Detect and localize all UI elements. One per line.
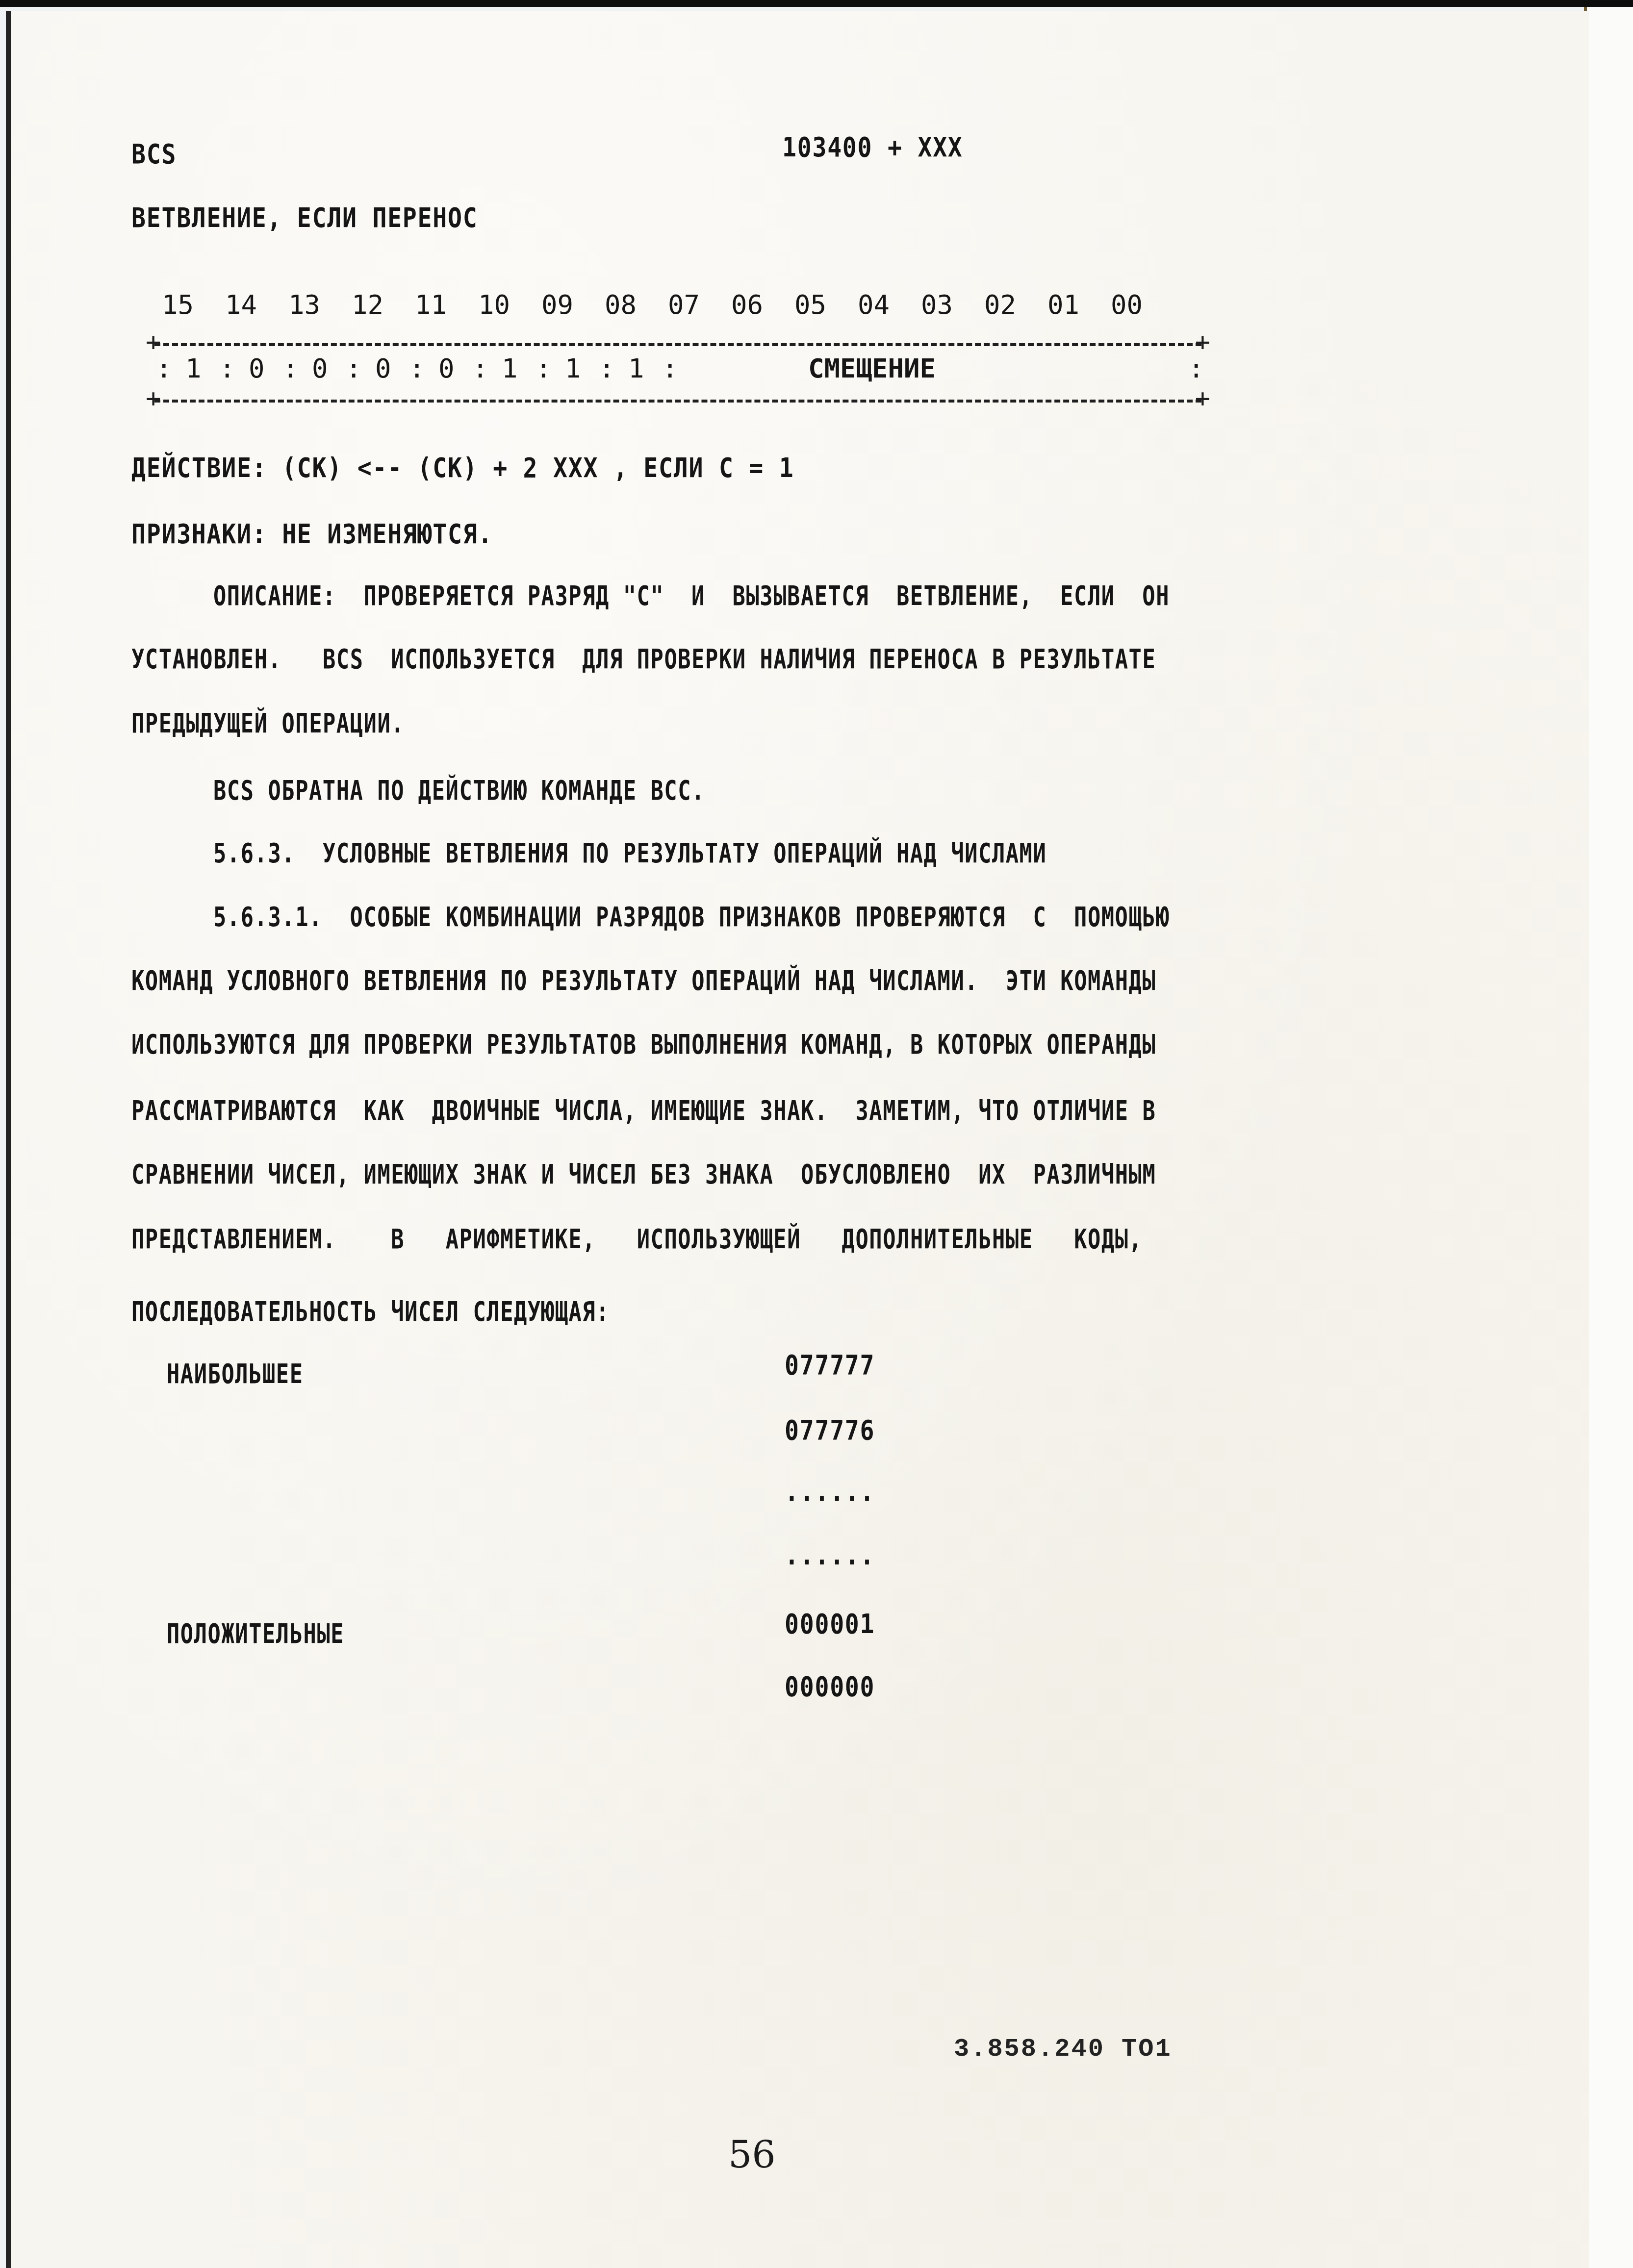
bit-number-03: 03: [921, 289, 953, 320]
bit-number-04: 04: [858, 289, 890, 320]
opcode-bit: 1: [185, 353, 202, 384]
sequence-value: ......: [785, 1539, 875, 1571]
instruction-opcode: 103400 + XXX: [782, 131, 963, 163]
bit-number-05: 05: [794, 289, 826, 320]
bit-number-14: 14: [225, 289, 257, 320]
format-top-rule: [154, 343, 1201, 346]
sequence-value: 000000: [785, 1671, 875, 1703]
bit-number-01: 01: [1047, 289, 1079, 320]
field-separator: :: [219, 353, 235, 384]
description-line: УСТАНОВЛЕН. BCS ИСПОЛЬЗУЕТСЯ ДЛЯ ПРОВЕРК…: [131, 643, 1156, 675]
bit-number-02: 02: [984, 289, 1016, 320]
field-separator: :: [536, 353, 552, 384]
scan-top-border: [0, 0, 1633, 7]
instruction-mnemonic: BCS: [131, 138, 177, 170]
field-separator: :: [472, 353, 488, 384]
bit-number-15: 15: [162, 289, 194, 320]
section-paragraph-line: СРАВНЕНИИ ЧИСЕЛ, ИМЕЮЩИХ ЗНАК И ЧИСЕЛ БЕ…: [131, 1159, 1156, 1190]
sequence-value: ......: [785, 1476, 875, 1508]
bit-number-09: 09: [541, 289, 573, 320]
opcode-bit: 1: [565, 353, 581, 384]
sequence-value: 077777: [785, 1349, 875, 1381]
description-line: ОПИСАНИЕ: ПРОВЕРЯЕТСЯ РАЗРЯД "С" И ВЫЗЫВ…: [213, 580, 1170, 612]
instruction-title: ВЕТВЛЕНИЕ, ЕСЛИ ПЕРЕНОС: [131, 202, 478, 234]
field-separator: :: [599, 353, 615, 384]
flags-text: ПРИЗНАКИ: НЕ ИЗМЕНЯЮТСЯ.: [131, 518, 493, 550]
opcode-bit: 0: [438, 353, 455, 384]
sequence-value: 077776: [785, 1414, 875, 1446]
section-paragraph-line: КОМАНД УСЛОВНОГО ВЕТВЛЕНИЯ ПО РЕЗУЛЬТАТУ…: [131, 965, 1156, 997]
inverse-note: BCS ОБРАТНА ПО ДЕЙСТВИЮ КОМАНДЕ BCC.: [213, 775, 705, 806]
bit-number-11: 11: [415, 289, 447, 320]
section-paragraph-line: ПРЕДСТАВЛЕНИЕМ. В АРИФМЕТИКЕ, ИСПОЛЬЗУЮЩ…: [131, 1223, 1142, 1255]
field-separator: :: [156, 353, 172, 384]
bit-number-row: 15141312111009080706050403020100: [162, 289, 1192, 319]
sequence-label: НАИБОЛЬШЕЕ: [167, 1358, 304, 1390]
section-heading: 5.6.3. УСЛОВНЫЕ ВЕТВЛЕНИЯ ПО РЕЗУЛЬТАТУ …: [213, 837, 1046, 869]
sequence-label: ПОЛОЖИТЕЛЬНЫЕ: [167, 1618, 344, 1650]
opcode-bit: 0: [312, 353, 328, 384]
action-text: ДЕЙСТВИЕ: (СК) <-- (СК) + 2 XXX , ЕСЛИ С…: [131, 452, 794, 484]
section-paragraph-line: РАССМАТРИВАЮТСЯ КАК ДВОИЧНЫЕ ЧИСЛА, ИМЕЮ…: [131, 1095, 1156, 1127]
bit-number-12: 12: [352, 289, 383, 320]
field-separator: :: [346, 353, 362, 384]
bit-number-13: 13: [288, 289, 320, 320]
opcode-bit: 0: [375, 353, 391, 384]
section-paragraph-line: ИСПОЛЬЗУЮТСЯ ДЛЯ ПРОВЕРКИ РЕЗУЛЬТАТОВ ВЫ…: [131, 1029, 1156, 1060]
underlying-page-edge: [1584, 7, 1633, 2268]
document-page: [6, 11, 1589, 2268]
bit-number-08: 08: [605, 289, 637, 320]
description-line: ПРЕДЫДУЩЕЙ ОПЕРАЦИИ.: [131, 707, 405, 739]
bit-value-row: СМЕЩЕНИЕ :1:0:0:0:0:1:1:1::: [156, 353, 1205, 387]
bit-number-07: 07: [668, 289, 700, 320]
opcode-bit: 1: [628, 353, 644, 384]
document-code: 3.858.240 ТО1: [954, 2035, 1172, 2064]
offset-field-label: СМЕЩЕНИЕ: [808, 353, 936, 384]
field-separator: :: [282, 353, 299, 384]
bit-number-00: 00: [1111, 289, 1143, 320]
field-separator: :: [662, 353, 678, 384]
sequence-value: 000001: [785, 1608, 875, 1640]
page-number: 56: [728, 2133, 776, 2176]
opcode-bit: 0: [249, 353, 265, 384]
bit-number-10: 10: [478, 289, 510, 320]
field-separator: :: [1188, 353, 1204, 384]
field-separator: :: [409, 353, 425, 384]
bit-number-06: 06: [731, 289, 763, 320]
format-bottom-rule: [154, 400, 1201, 403]
opcode-bit: 1: [502, 353, 518, 384]
section-paragraph-line: ПОСЛЕДОВАТЕЛЬНОСТЬ ЧИСЕЛ СЛЕДУЮЩАЯ:: [131, 1296, 610, 1328]
section-paragraph-line: 5.6.3.1. ОСОБЫЕ КОМБИНАЦИИ РАЗРЯДОВ ПРИЗ…: [213, 901, 1170, 933]
